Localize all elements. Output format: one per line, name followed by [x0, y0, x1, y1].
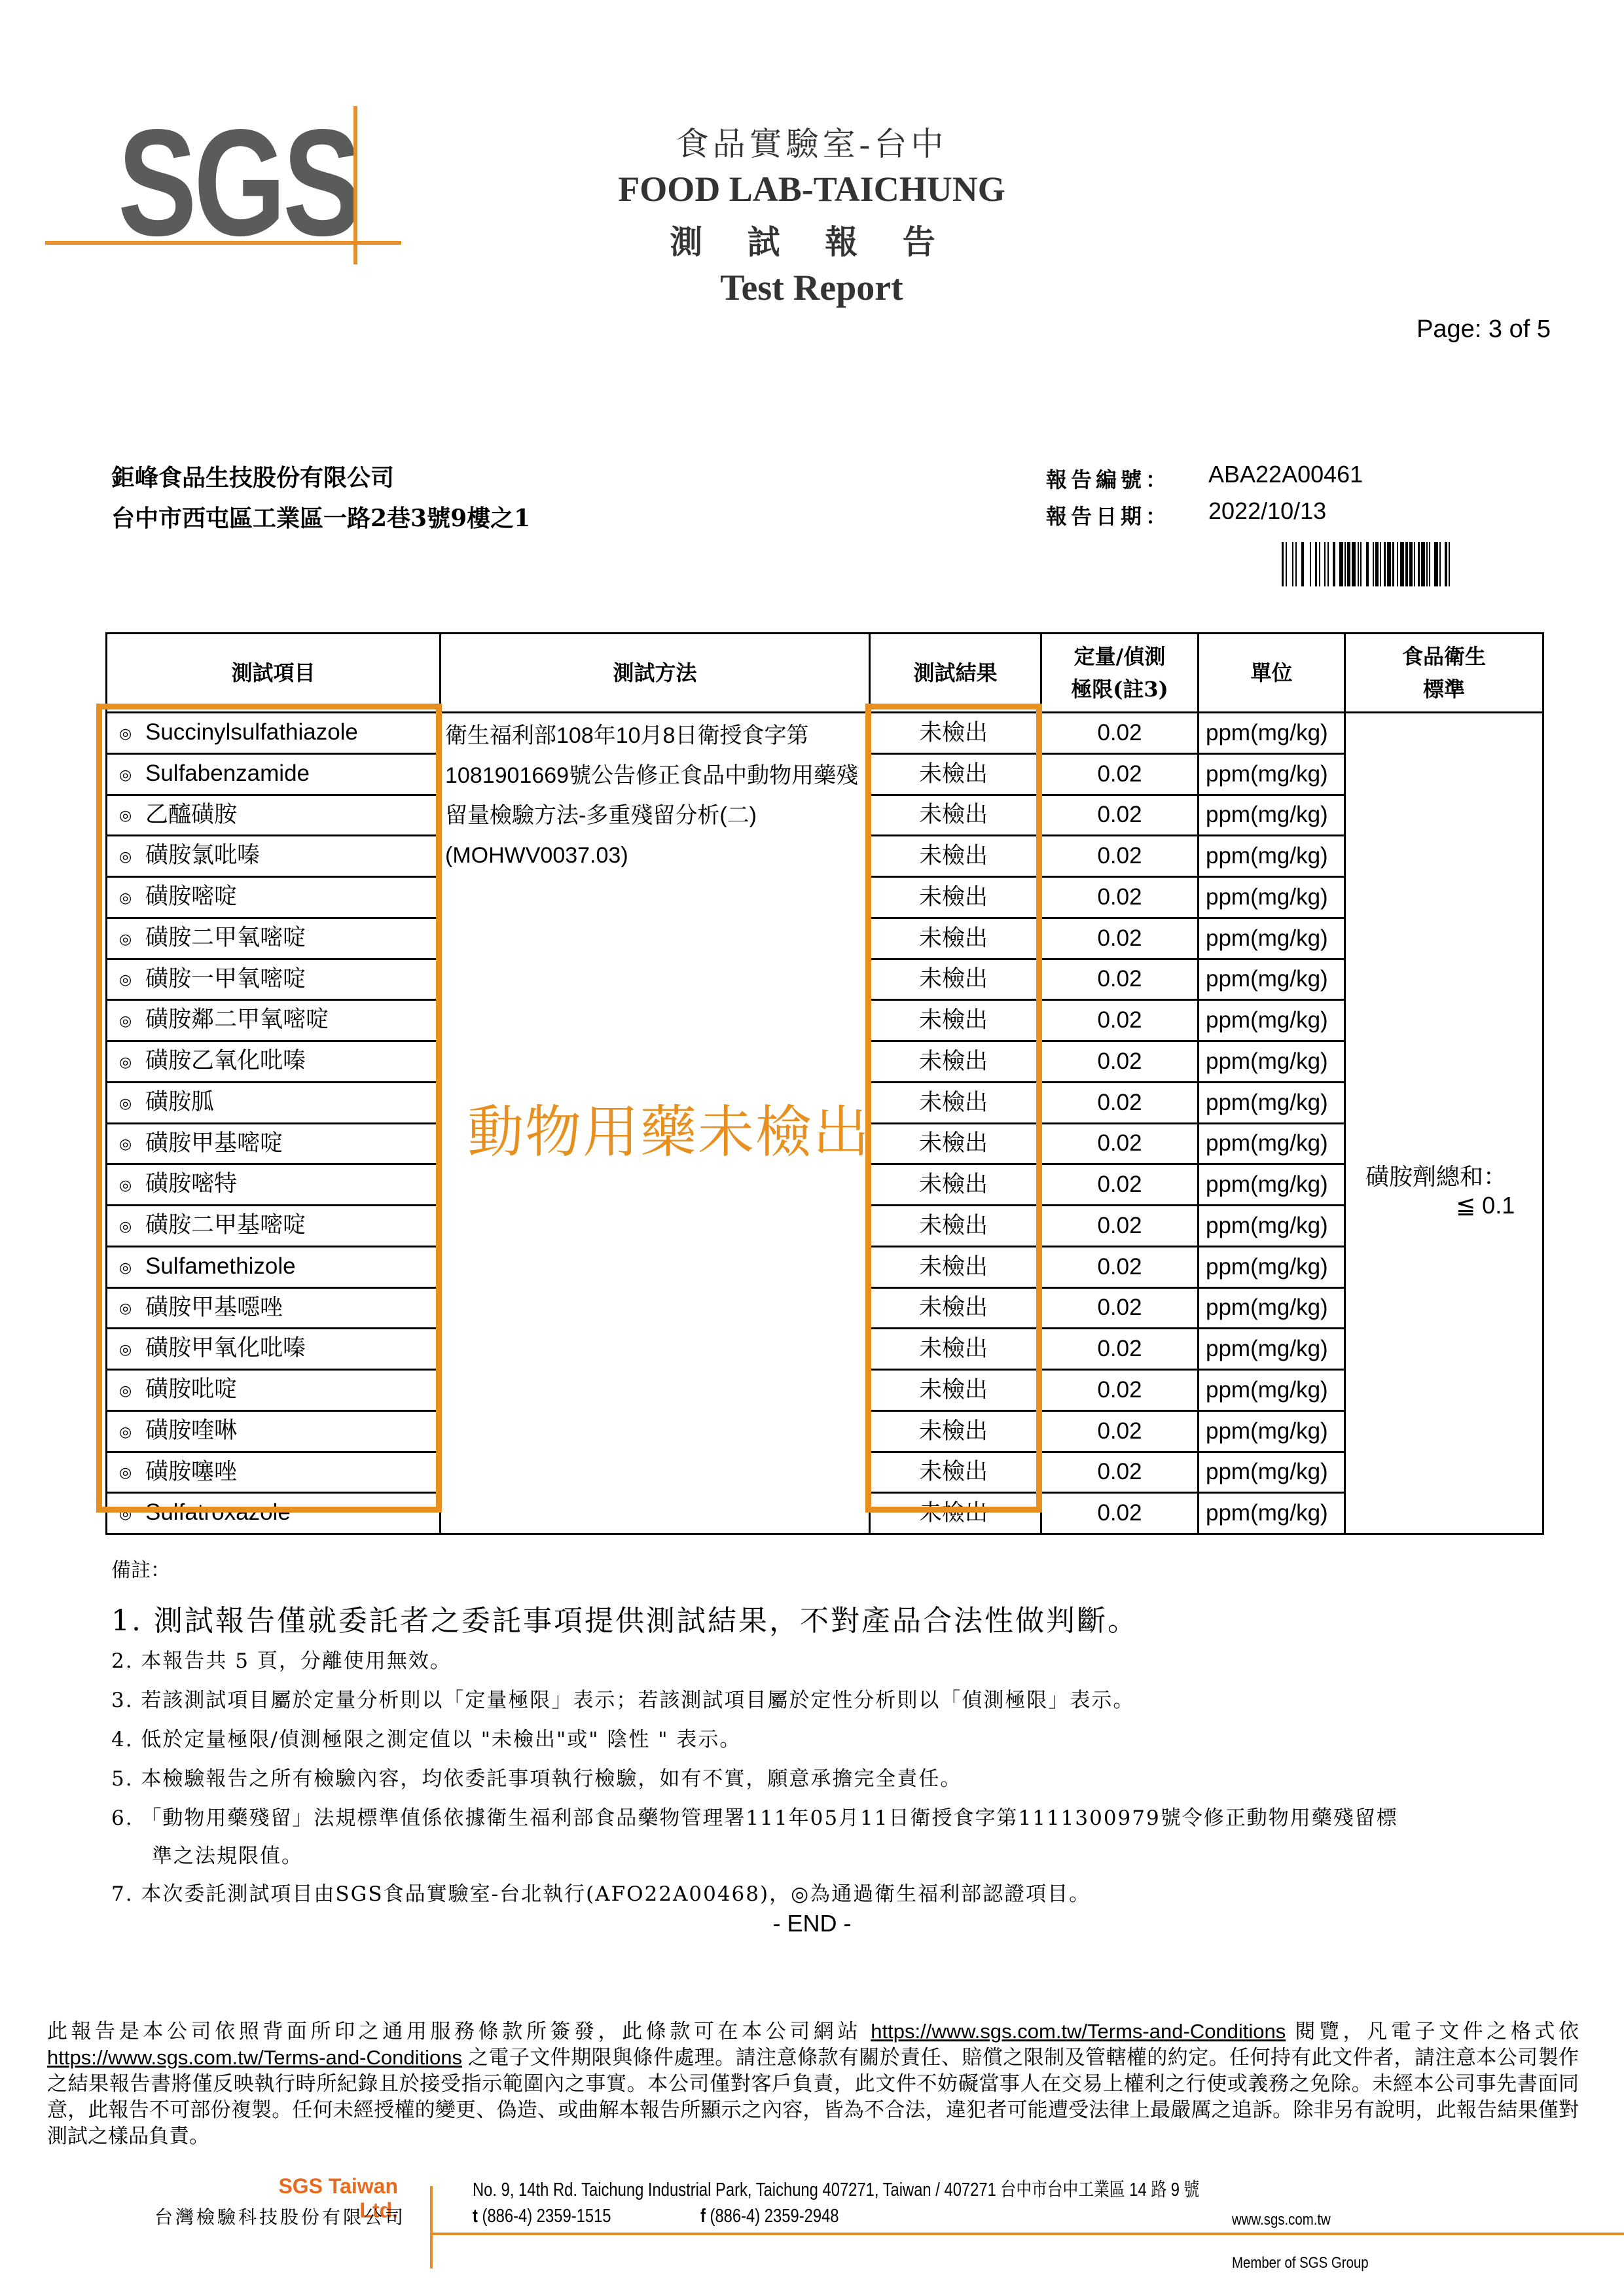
detection-limit: 0.02 — [1041, 753, 1199, 795]
detection-limit: 0.02 — [1041, 1246, 1199, 1287]
detection-limit: 0.02 — [1041, 836, 1199, 877]
col-header-method: 測試方法 — [441, 634, 870, 713]
detection-limit: 0.02 — [1041, 1000, 1199, 1041]
page-number: Page: 3 of 5 — [1416, 315, 1551, 344]
detection-limit: 0.02 — [1041, 1206, 1199, 1247]
unit: ppm(mg/kg) — [1199, 753, 1345, 795]
unit: ppm(mg/kg) — [1199, 713, 1345, 754]
detection-limit: 0.02 — [1041, 1410, 1199, 1452]
col-header-limit: 定量/偵測 極限(註3) — [1041, 634, 1199, 713]
unit: ppm(mg/kg) — [1199, 1493, 1345, 1534]
highlight-box-test-items — [96, 704, 442, 1513]
detection-limit: 0.02 — [1041, 1493, 1199, 1534]
unit: ppm(mg/kg) — [1199, 1287, 1345, 1329]
unit: ppm(mg/kg) — [1199, 1164, 1345, 1206]
detection-limit: 0.02 — [1041, 1452, 1199, 1493]
unit: ppm(mg/kg) — [1199, 1246, 1345, 1287]
footer-orange-vertical-rule — [430, 2186, 433, 2269]
standard-label: 磺胺劑總和： — [1365, 1162, 1507, 1191]
terms-link-1[interactable]: https://www.sgs.com.tw/Terms-and-Conditi… — [871, 2020, 1286, 2043]
detection-limit: 0.02 — [1041, 1287, 1199, 1329]
col-header-standard-line1: 食品衛生 — [1346, 640, 1542, 673]
detection-limit: 0.02 — [1041, 1082, 1199, 1123]
detection-limit: 0.02 — [1041, 1370, 1199, 1411]
report-number: ABA22A00461 — [1208, 461, 1363, 488]
logo-orange-horizontal-rule — [45, 241, 401, 245]
unit: ppm(mg/kg) — [1199, 1206, 1345, 1247]
unit: ppm(mg/kg) — [1199, 918, 1345, 959]
unit: ppm(mg/kg) — [1199, 1041, 1345, 1083]
lab-name-cn: 食品實驗室-台中 — [511, 118, 1113, 165]
fax-label: f — [700, 2206, 706, 2227]
end-marker: - END - — [0, 1910, 1624, 1937]
fax-number: (886-4) 2359-2948 — [706, 2206, 839, 2227]
report-title-en: Test Report — [511, 267, 1113, 309]
detection-limit: 0.02 — [1041, 1164, 1199, 1206]
logo-orange-vertical-rule — [353, 106, 357, 264]
footer-orange-horizontal-rule — [431, 2233, 1624, 2235]
note-6: 6. 「動物用藥殘留」法規標準值係依據衛生福利部食品藥物管理署111年05月11… — [111, 1801, 1398, 1831]
report-number-label: 報告編號： — [1046, 463, 1170, 493]
note-3: 3. 若該測試項目屬於定量分析則以「定量極限」表示；若該測試項目屬於定性分析則以… — [111, 1683, 1134, 1713]
disclaimer-text-2: 閱覽，凡電子文件之格式依 — [1286, 2020, 1579, 2043]
report-date: 2022/10/13 — [1208, 497, 1326, 525]
note-1: 1. 測試報告僅就委託者之委託事項提供測試結果，不對產品合法性做判斷。 — [111, 1597, 1138, 1639]
unit: ppm(mg/kg) — [1199, 836, 1345, 877]
note-6-continued: 準之法規限值。 — [152, 1839, 303, 1869]
report-date-label: 報告日期： — [1046, 500, 1170, 530]
not-detected-annotation: 動物用藥未檢出 — [467, 1086, 871, 1168]
unit: ppm(mg/kg) — [1199, 1082, 1345, 1123]
footer-member-text: Member of SGS Group — [1232, 2254, 1369, 2272]
footer-fax: f (886-4) 2359-2948 — [700, 2206, 839, 2227]
tel-label: t — [473, 2206, 478, 2227]
notes-heading: 備註： — [111, 1554, 170, 1583]
detection-limit: 0.02 — [1041, 1041, 1199, 1083]
unit: ppm(mg/kg) — [1199, 1370, 1345, 1411]
highlight-box-test-results — [865, 704, 1042, 1513]
unit: ppm(mg/kg) — [1199, 1410, 1345, 1452]
legal-disclaimer: 此報告是本公司依照背面所印之通用服務條款所簽發，此條款可在本公司網站 https… — [47, 2018, 1579, 2149]
client-address: 台中市西屯區工業區一路2巷3號9樓之1 — [111, 500, 530, 533]
sgs-logo: SGS — [118, 118, 359, 249]
unit: ppm(mg/kg) — [1199, 1123, 1345, 1164]
detection-limit: 0.02 — [1041, 713, 1199, 754]
footer-company-cn: 台灣檢驗科技股份有限公司 — [131, 2203, 406, 2229]
lab-name-en: FOOD LAB-TAICHUNG — [511, 169, 1113, 209]
note-2: 2. 本報告共 5 頁，分離使用無效。 — [111, 1644, 452, 1674]
note-4: 4. 低於定量極限/偵測極限之測定值以 "未檢出"或" 陰性 " 表示。 — [111, 1723, 741, 1752]
unit: ppm(mg/kg) — [1199, 795, 1345, 836]
col-header-unit: 單位 — [1199, 634, 1345, 713]
detection-limit: 0.02 — [1041, 795, 1199, 836]
col-header-result: 測試結果 — [870, 634, 1041, 713]
standard-value: ≦ 0.1 — [1456, 1191, 1515, 1220]
disclaimer-text-1: 此報告是本公司依照背面所印之通用服務條款所簽發，此條款可在本公司網站 — [47, 2020, 871, 2043]
unit: ppm(mg/kg) — [1199, 877, 1345, 918]
table-header-row: 測試項目 測試方法 測試結果 定量/偵測 極限(註3) 單位 食品衛生 標準 — [107, 634, 1543, 713]
detection-limit: 0.02 — [1041, 1123, 1199, 1164]
tel-number: (886-4) 2359-1515 — [478, 2206, 611, 2227]
footer-website: www.sgs.com.tw — [1232, 2211, 1331, 2229]
food-safety-standard-cell: 磺胺劑總和： ≦ 0.1 — [1345, 713, 1543, 1534]
unit: ppm(mg/kg) — [1199, 959, 1345, 1000]
footer-telephone: t (886-4) 2359-1515 — [473, 2206, 611, 2227]
unit: ppm(mg/kg) — [1199, 1000, 1345, 1041]
col-header-standard-line2: 標準 — [1346, 673, 1542, 706]
col-header-item: 測試項目 — [107, 634, 441, 713]
detection-limit: 0.02 — [1041, 959, 1199, 1000]
footer-address: No. 9, 14th Rd. Taichung Industrial Park… — [473, 2175, 1199, 2202]
note-7: 7. 本次委託測試項目由SGS食品實驗室-台北執行(AFO22A00468)，◎… — [111, 1877, 1091, 1907]
detection-limit: 0.02 — [1041, 1329, 1199, 1370]
report-title-cn: 測 試 報 告 — [511, 216, 1113, 263]
unit: ppm(mg/kg) — [1199, 1452, 1345, 1493]
detection-limit: 0.02 — [1041, 877, 1199, 918]
unit: ppm(mg/kg) — [1199, 1329, 1345, 1370]
col-header-limit-line2: 極限(註3) — [1042, 673, 1197, 706]
col-header-standard: 食品衛生 標準 — [1345, 634, 1543, 713]
terms-link-2[interactable]: https://www.sgs.com.tw/Terms-and-Conditi… — [47, 2046, 462, 2069]
note-5: 5. 本檢驗報告之所有檢驗內容，均依委託事項執行檢驗，如有不實，願意承擔完全責任… — [111, 1762, 962, 1791]
col-header-limit-line1: 定量/偵測 — [1042, 640, 1197, 673]
detection-limit: 0.02 — [1041, 918, 1199, 959]
client-name: 鉅峰食品生技股份有限公司 — [111, 459, 394, 493]
barcode-icon — [1282, 542, 1506, 586]
